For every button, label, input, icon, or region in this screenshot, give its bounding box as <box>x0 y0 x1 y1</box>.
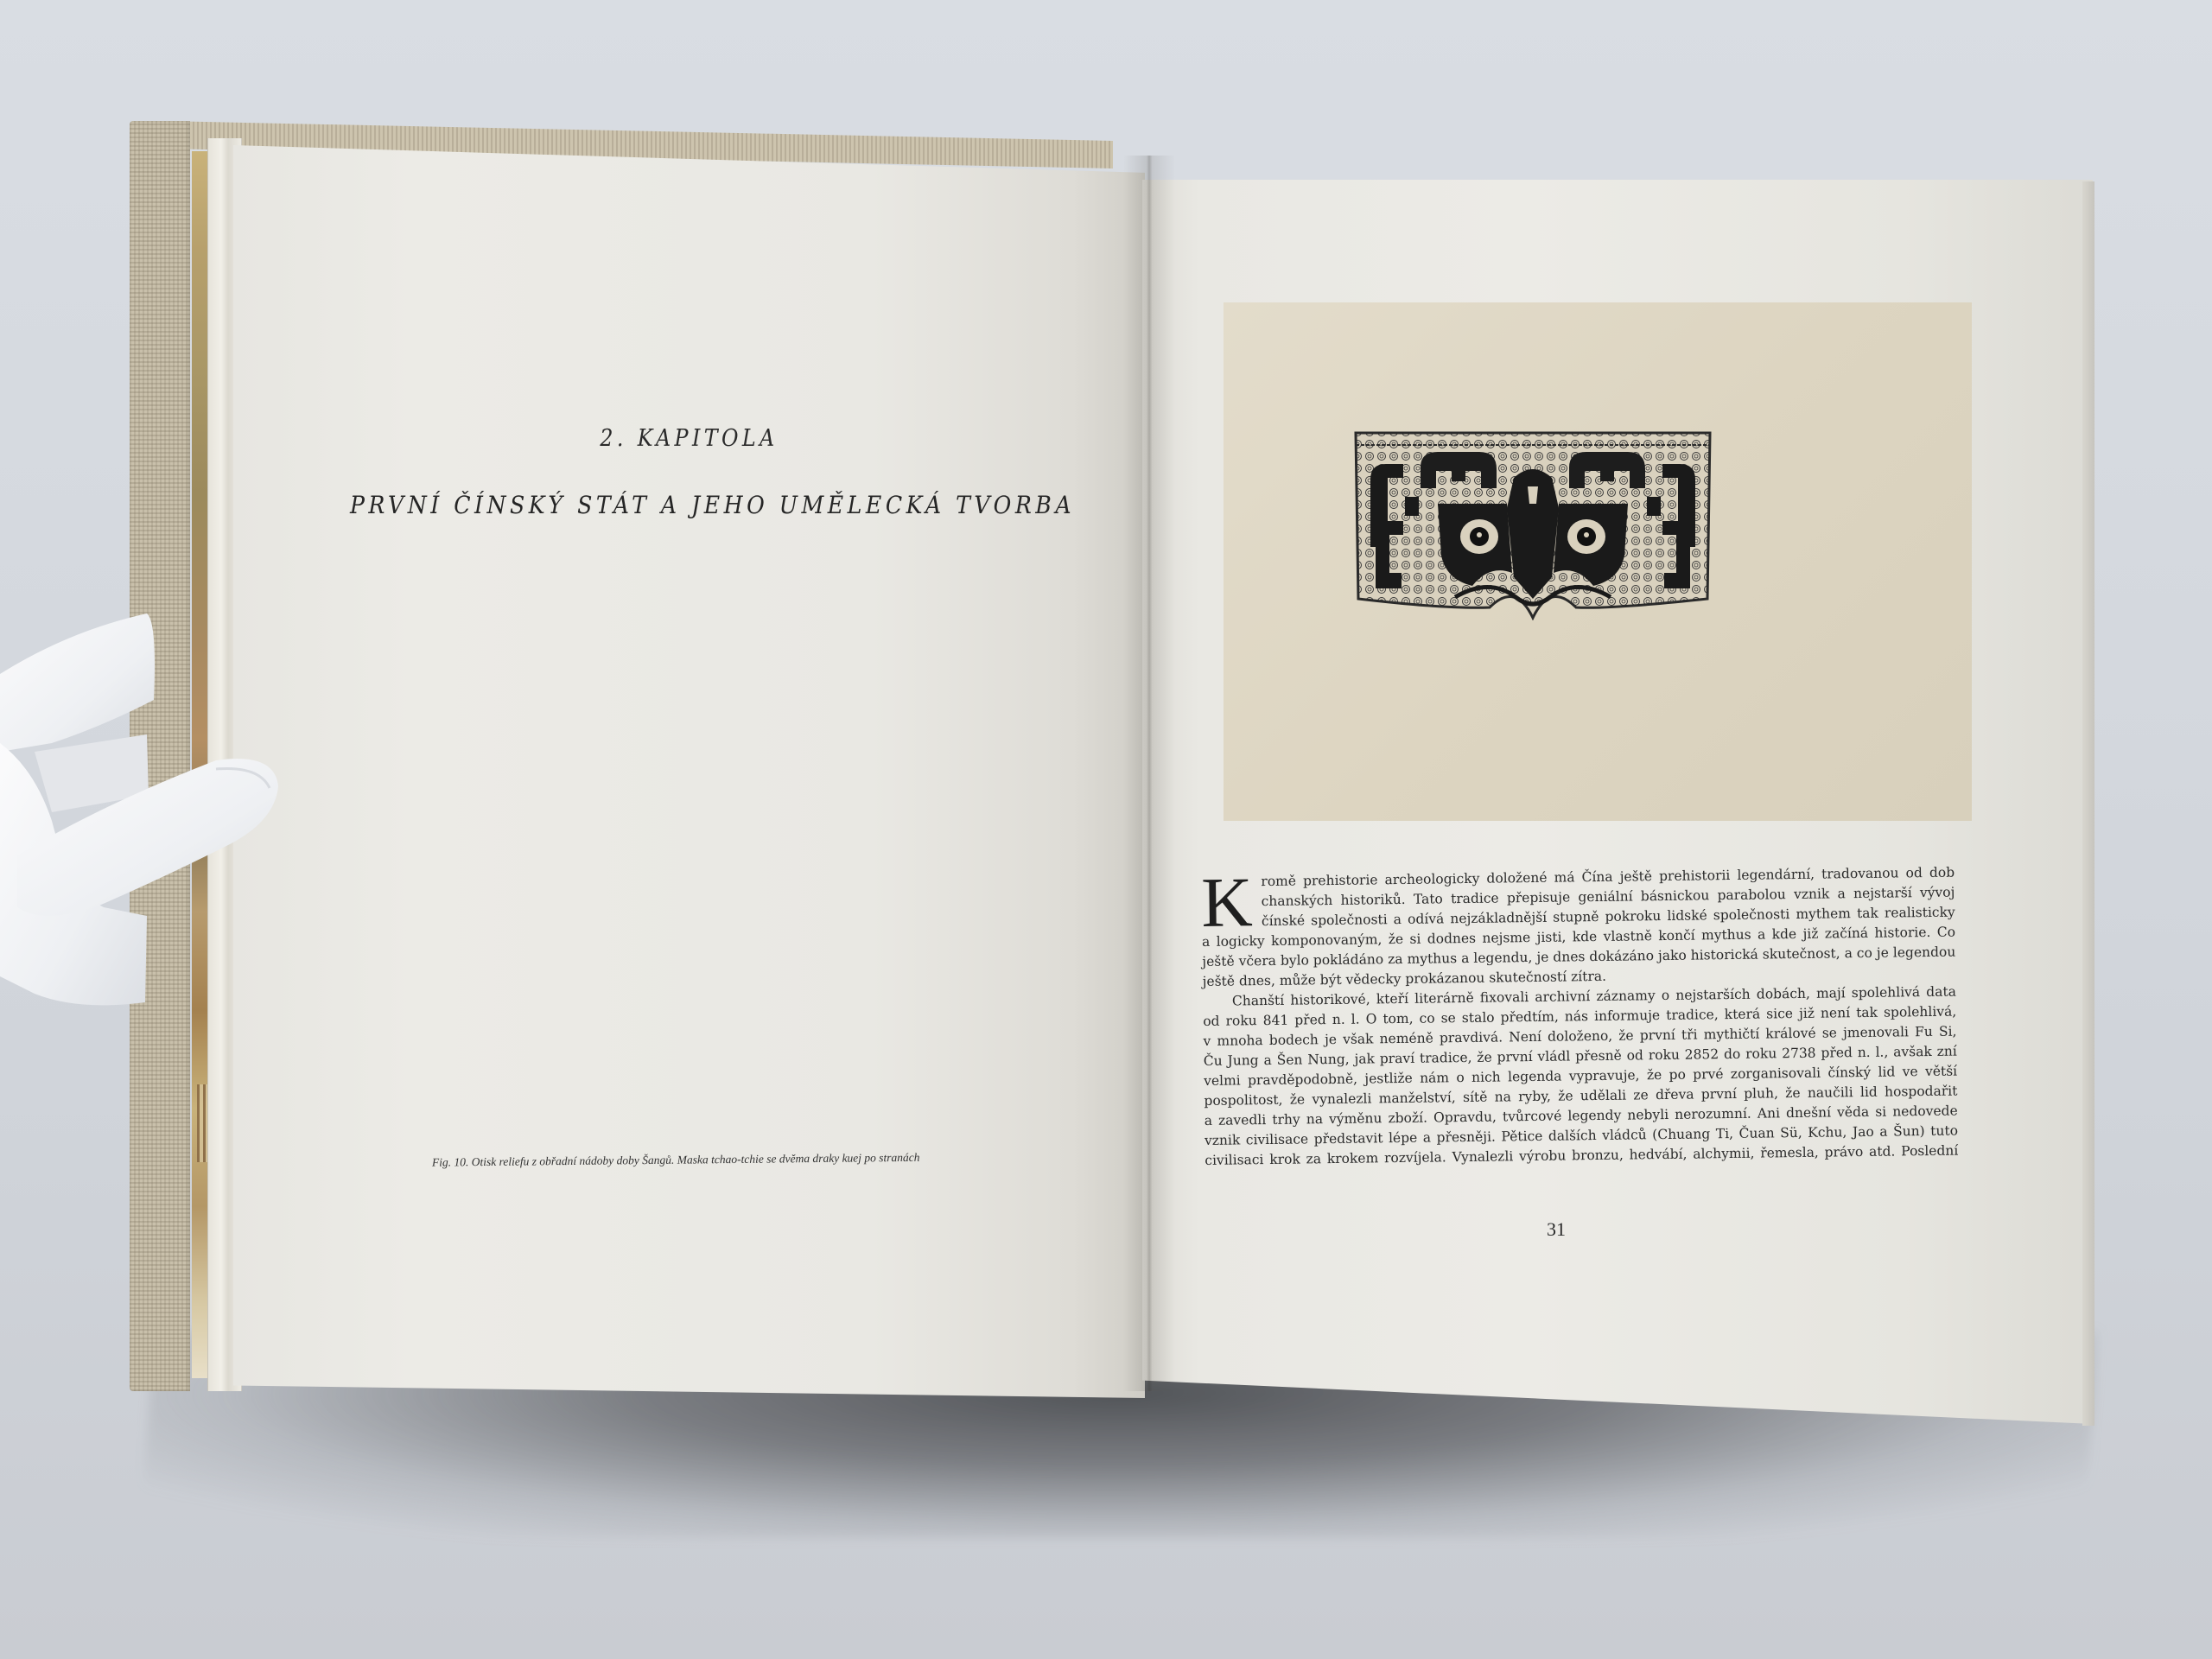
left-page[interactable]: 2. KAPITOLA PRVNÍ ČÍNSKÝ STÁT A JEHO UMĚ… <box>233 145 1145 1398</box>
page-number: 31 <box>1547 1218 1566 1241</box>
drop-cap: K <box>1201 874 1253 931</box>
paragraph-1: romě prehistorie archeologicky doložené … <box>1201 863 1956 992</box>
book-photo-scene: 2. KAPITOLA PRVNÍ ČÍNSKÝ STÁT A JEHO UMĚ… <box>0 0 2212 1659</box>
white-glove-hand <box>0 596 294 1046</box>
chapter-title: PRVNÍ ČÍNSKÝ STÁT A JEHO UMĚLECKÁ TVORBA <box>279 491 1100 519</box>
figure-caption: Fig. 10. Otisk reliefu z obřadní nádoby … <box>432 1149 1037 1169</box>
paragraph-2: Chanští historikové, kteří literárně fix… <box>1203 982 1959 1171</box>
body-text: K romě prehistorie archeologicky doložen… <box>1201 863 1958 1171</box>
taotie-mask-relief-rubbing-icon <box>1351 426 1714 620</box>
chapter-number: 2. KAPITOLA <box>288 425 1090 452</box>
right-page-edge <box>2082 181 2094 1426</box>
